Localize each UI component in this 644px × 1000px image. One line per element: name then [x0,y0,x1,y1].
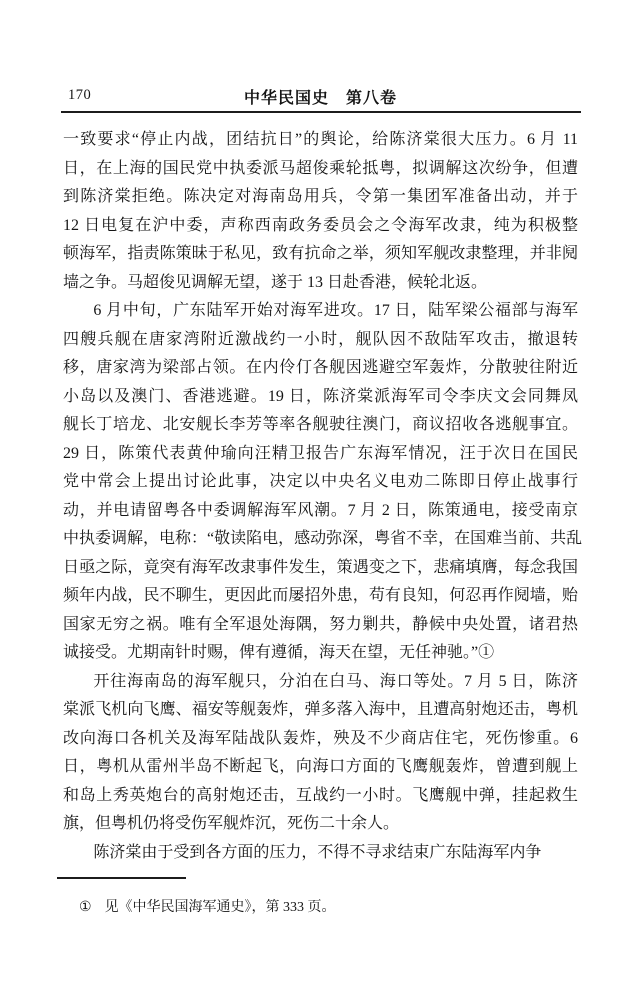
text-line: 小岛以及澳门、香港逃避。19 日，陈济棠派海军司令李庆文会同舞凤 [63,383,578,412]
text-line: 12 日电复在沪中委，声称西南政务委员会之令海军改隶，纯为积极整 [63,212,578,241]
text-line: 陈济棠由于受到各方面的压力，不得不寻求结束广东陆海军内争 [63,839,578,868]
book-page: { "page": { "header": { "page_number": "… [0,0,644,1000]
text-line: 开往海南岛的海军舰只，分泊在白马、海口等处。7 月 5 日，陈济 [63,668,578,697]
text-line: 日亟之际，竟突有海军改隶事件发生，策遇变之下，悲痛填膺，每念我国 [63,554,578,583]
text-line: 到陈济棠拒绝。陈决定对海南岛用兵，令第一集团军准备出动，并于 [63,183,578,212]
text-line: 舰长丁培龙、北安舰长李芳等率各舰驶往澳门，商议招收各逃舰事宜。 [63,411,578,440]
text-line: 和岛上秀英炮台的高射炮还击，互战约一小时。飞鹰舰中弹，挂起救生 [63,782,578,811]
text-line: 日，在上海的国民党中执委派马超俊乘轮抵粤，拟调解这次纷争，但遭 [63,155,578,184]
text-line: 频年内战，民不聊生，更因此而屡招外患，苟有良知，何忍再作阋墙，贻 [63,582,578,611]
footnote: ① 见《中华民国海军通史》，第 333 页。 [63,897,578,919]
book-title: 中华民国史 第八卷 [63,85,578,108]
text-line: 棠派飞机向飞鹰、福安等舰轰炸，弹多落入海中，且遭高射炮还击，粤机 [63,696,578,725]
text-line: 中执委调解，电称：“敬读陷电，感动弥深，粤省不幸，在国难当前、共乱 [63,525,578,554]
page-header: 170 中华民国史 第八卷 [63,85,578,107]
text-line: 顿海军，指责陈策昧于私见，致有抗命之举，须知军舰改隶整理，并非阋 [63,240,578,269]
body-text: 一致要求“停止内战，团结抗日”的舆论，给陈济棠很大压力。6 月 11日，在上海的… [63,126,578,867]
text-line: 日，粤机从雷州半岛不断起飞，向海口方面的飞鹰舰轰炸，曾遭到舰上 [63,753,578,782]
text-line: 旗，但粤机仍将受伤军舰炸沉，死伤二十余人。 [63,810,578,839]
footnote-text: 见《中华民国海军通史》，第 333 页。 [105,897,336,919]
text-line: 移，唐家湾为梁部占领。在内伶仃各舰因逃避空军轰炸，分散驶往附近 [63,354,578,383]
text-line: 动，并电请留粤各中委调解海军风潮。7 月 2 日，陈策通电，接受南京 [63,497,578,526]
footnote-rule [57,877,186,879]
footnote-marker: ① [79,897,92,919]
text-line: 一致要求“停止内战，团结抗日”的舆论，给陈济棠很大压力。6 月 11 [63,126,578,155]
text-line: 党中常会上提出讨论此事，决定以中央名义电劝二陈即日停止战事行 [63,468,578,497]
text-line: 6 月中旬，广东陆军开始对海军进攻。17 日，陆军梁公福部与海军 [63,297,578,326]
text-line: 墙之争。马超俊见调解无望，遂于 13 日赴香港，候轮北返。 [63,269,578,298]
text-line: 29 日，陈策代表黄仲瑜向汪精卫报告广东海军情况，汪于次日在国民 [63,440,578,469]
header-rule [61,111,581,113]
text-line: 四艘兵舰在唐家湾附近激战约一小时，舰队因不敌陆军攻击，撤退转 [63,326,578,355]
text-line: 国家无穷之祸。唯有全军退处海隅，努力剿共，静候中央处置，诸君热 [63,611,578,640]
text-line: 改向海口各机关及海军陆战队轰炸，殃及不少商店住宅，死伤惨重。6 [63,725,578,754]
text-line: 诚接受。尤期南针时赐，俾有遵循，海天在望，无任神驰。”① [63,639,578,668]
